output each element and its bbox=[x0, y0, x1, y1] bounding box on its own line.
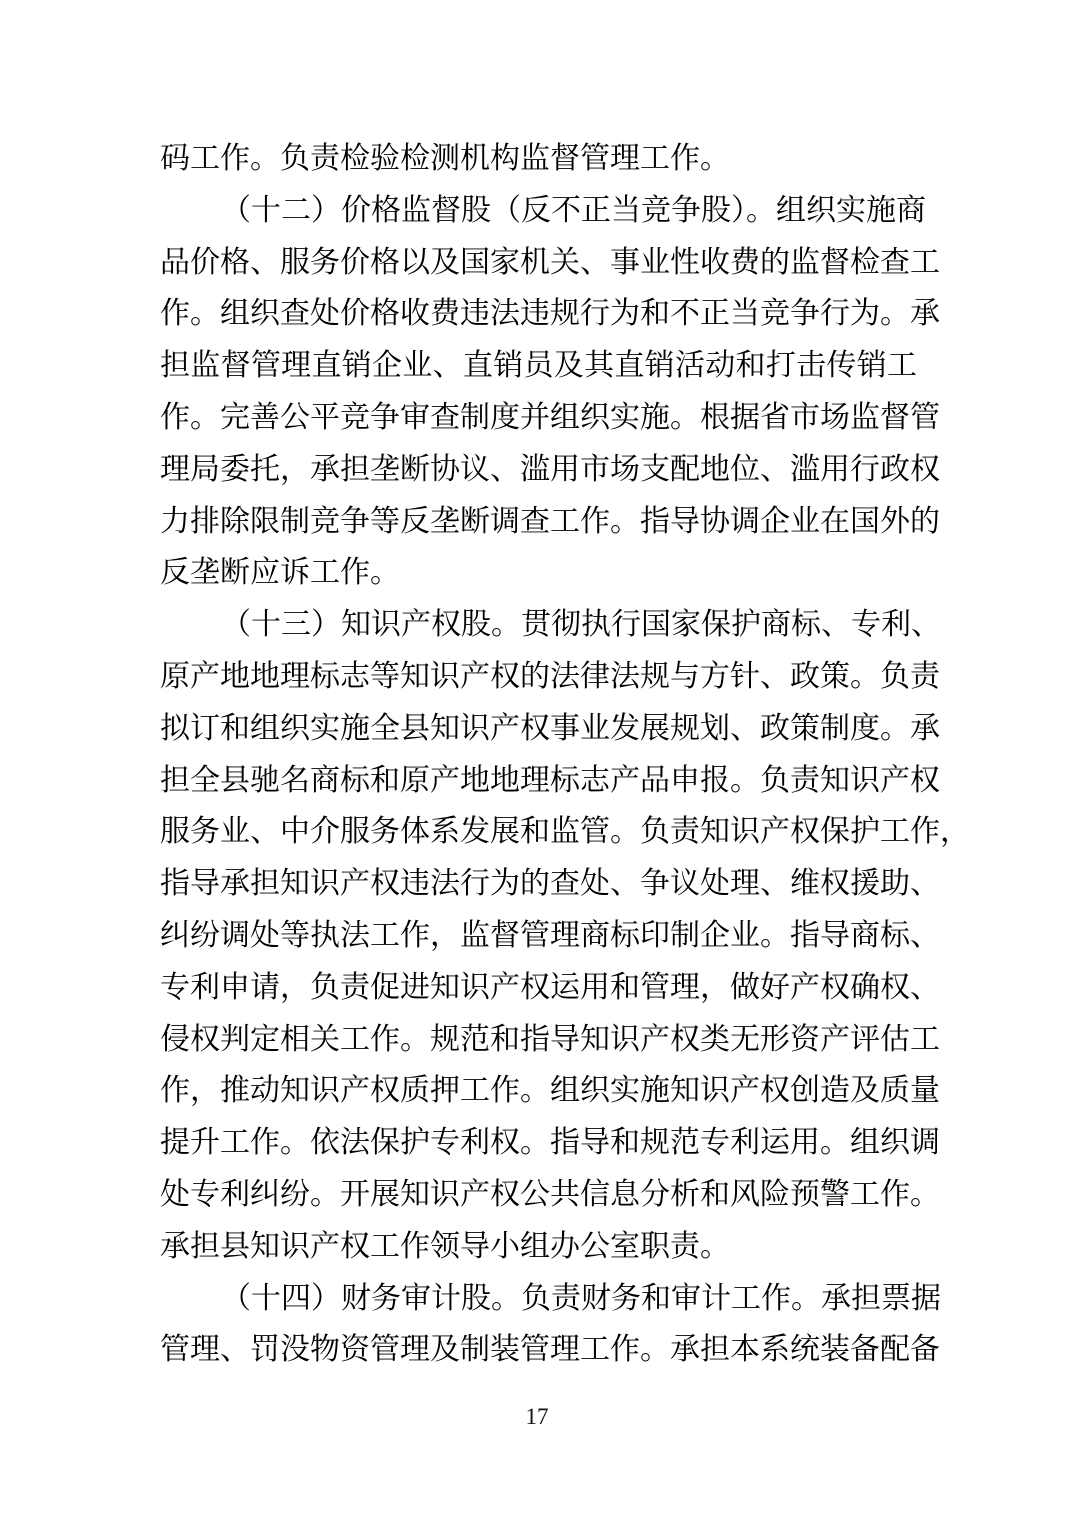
text-line: 力排除限制竞争等反垄断调查工作。指导协调企业在国外的 bbox=[160, 496, 917, 548]
text-line: 侵权判定相关工作。规范和指导知识产权类无形资产评估工 bbox=[160, 1014, 917, 1066]
text-line: 作，推动知识产权质押工作。组织实施知识产权创造及质量 bbox=[160, 1065, 917, 1117]
text-line: 管理、罚没物资管理及制装管理工作。承担本系统装备配备 bbox=[160, 1324, 917, 1376]
text-line: 原产地地理标志等知识产权的法律法规与方针、政策。负责 bbox=[160, 651, 917, 703]
text-line: 反垄断应诉工作。 bbox=[160, 547, 917, 599]
text-line: 指导承担知识产权违法行为的查处、争议处理、维权援助、 bbox=[160, 858, 917, 910]
text-line: （十三）知识产权股。贯彻执行国家保护商标、专利、 bbox=[160, 599, 917, 651]
text-line: （十二）价格监督股（反不正当竞争股）。组织实施商 bbox=[160, 185, 917, 237]
text-line: 理局委托，承担垄断协议、滥用市场支配地位、滥用行政权 bbox=[160, 444, 917, 496]
text-line: 纠纷调处等执法工作，监督管理商标印制企业。指导商标、 bbox=[160, 910, 917, 962]
text-line: 码工作。负责检验检测机构监督管理工作。 bbox=[160, 133, 917, 185]
text-line: 承担县知识产权工作领导小组办公室职责。 bbox=[160, 1221, 917, 1273]
text-line: 担监督管理直销企业、直销员及其直销活动和打击传销工 bbox=[160, 340, 917, 392]
text-line: （十四）财务审计股。负责财务和审计工作。承担票据 bbox=[160, 1273, 917, 1325]
text-line: 品价格、服务价格以及国家机关、事业性收费的监督检查工 bbox=[160, 237, 917, 289]
text-line: 作。组织查处价格收费违法违规行为和不正当竞争行为。承 bbox=[160, 288, 917, 340]
body-text: 码工作。负责检验检测机构监督管理工作。（十二）价格监督股（反不正当竞争股）。组织… bbox=[160, 133, 917, 1376]
document-page: 码工作。负责检验检测机构监督管理工作。（十二）价格监督股（反不正当竞争股）。组织… bbox=[0, 0, 1074, 1520]
text-line: 处专利纠纷。开展知识产权公共信息分析和风险预警工作。 bbox=[160, 1169, 917, 1221]
text-line: 提升工作。依法保护专利权。指导和规范专利运用。组织调 bbox=[160, 1117, 917, 1169]
page-number: 17 bbox=[0, 1400, 1074, 1434]
text-line: 担全县驰名商标和原产地地理标志产品申报。负责知识产权 bbox=[160, 755, 917, 807]
text-line: 专利申请，负责促进知识产权运用和管理，做好产权确权、 bbox=[160, 962, 917, 1014]
text-line: 作。完善公平竞争审查制度并组织实施。根据省市场监督管 bbox=[160, 392, 917, 444]
text-line: 拟订和组织实施全县知识产权事业发展规划、政策制度。承 bbox=[160, 703, 917, 755]
text-line: 服务业、中介服务体系发展和监管。负责知识产权保护工作， bbox=[160, 806, 917, 858]
